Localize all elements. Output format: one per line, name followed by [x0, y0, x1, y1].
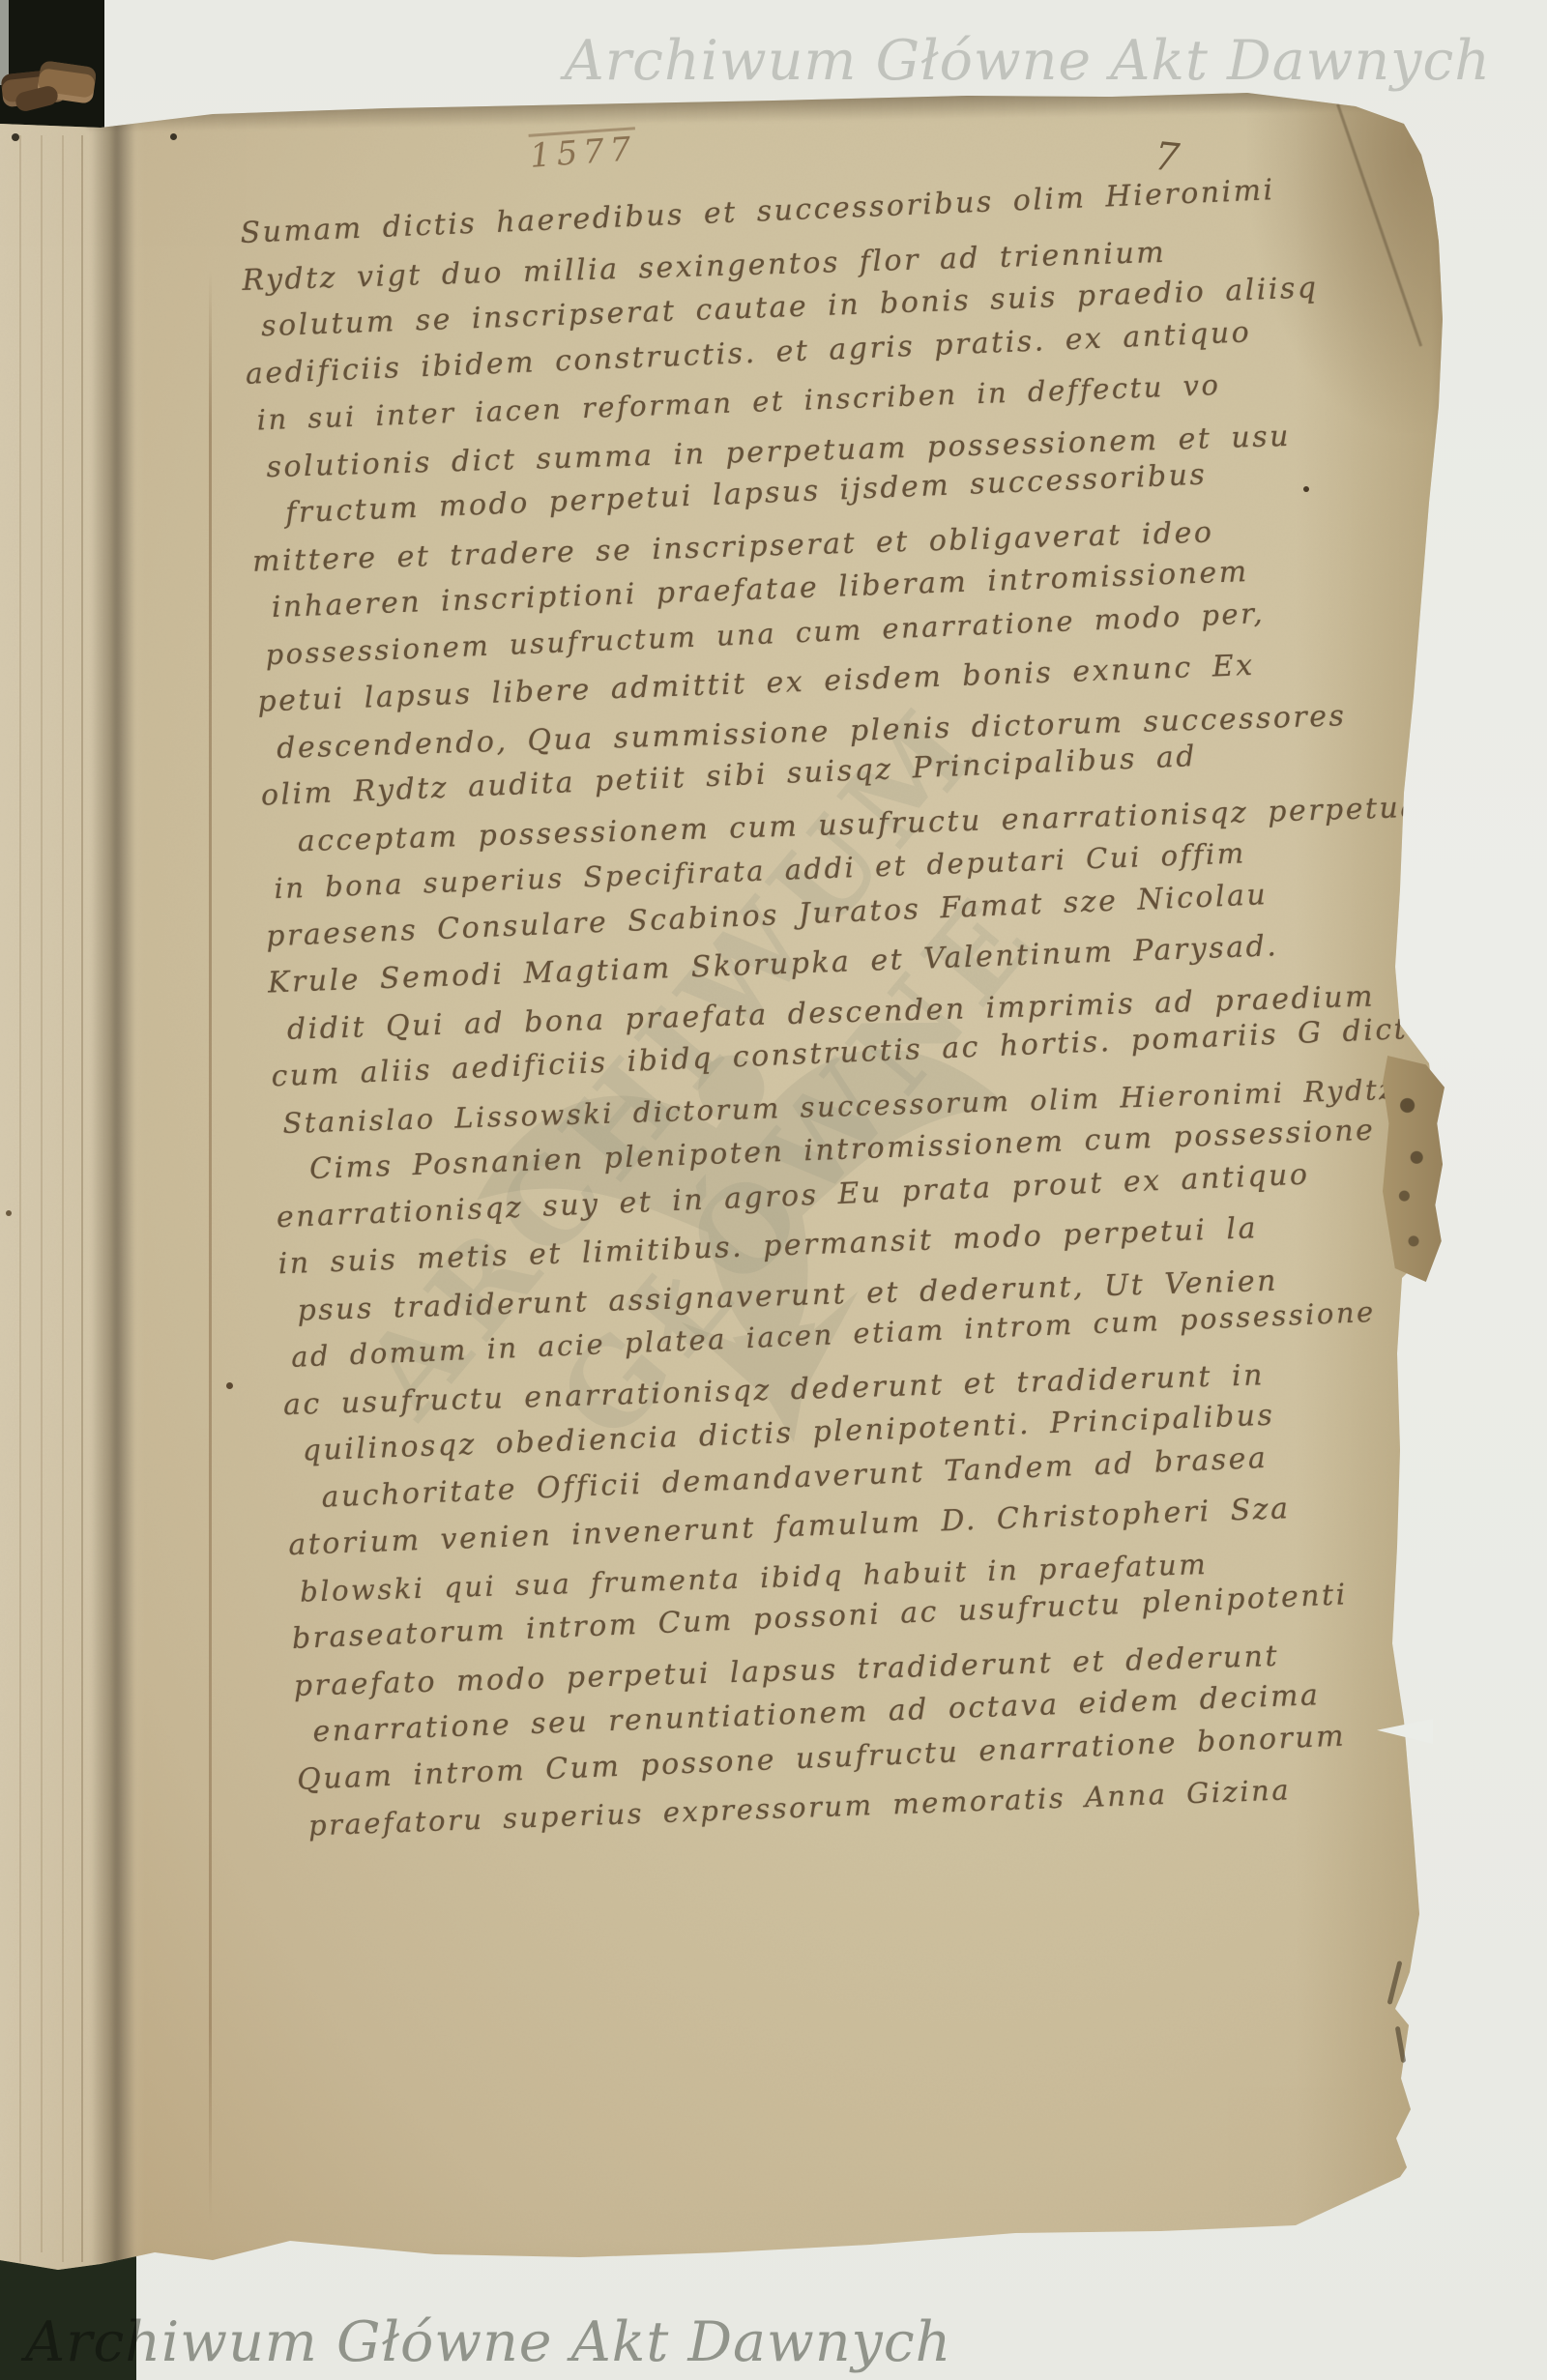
- vertical-fold-crease: [209, 271, 212, 2223]
- margin-ink-dot: [6, 1210, 12, 1216]
- leaf-edge-streak: [41, 135, 43, 2252]
- damaged-edge-flap: [1383, 1056, 1445, 1282]
- archive-watermark-top: Archiwum Główne Akt Dawnych: [565, 29, 1491, 93]
- folio-number: 7: [1153, 134, 1182, 181]
- book-edge-sliver: [0, 0, 9, 85]
- scanned-archive-page: Archiwum Główne Akt Dawnych: [0, 0, 1547, 2380]
- leaf-edge-streak: [81, 135, 83, 2262]
- leaf-edge-streak: [19, 135, 21, 2262]
- worm-hole: [12, 133, 19, 141]
- worm-hole: [170, 133, 177, 140]
- leaf-edge-streak: [62, 135, 64, 2262]
- archive-watermark-bottom: Archiwum Główne Akt Dawnych: [25, 2310, 951, 2374]
- year-heading: 1577: [529, 130, 638, 176]
- manuscript-page: ARCHIWUM GŁÓWNE 1577 7 Sumam dictis haer…: [0, 0, 1547, 2380]
- binding-gutter-shadow: [91, 122, 135, 2264]
- margin-ink-dot: [226, 1382, 233, 1389]
- manuscript-text-block: Sumam dictis haeredibus et successoribus…: [240, 178, 1355, 1856]
- ink-fleck: [1303, 486, 1309, 492]
